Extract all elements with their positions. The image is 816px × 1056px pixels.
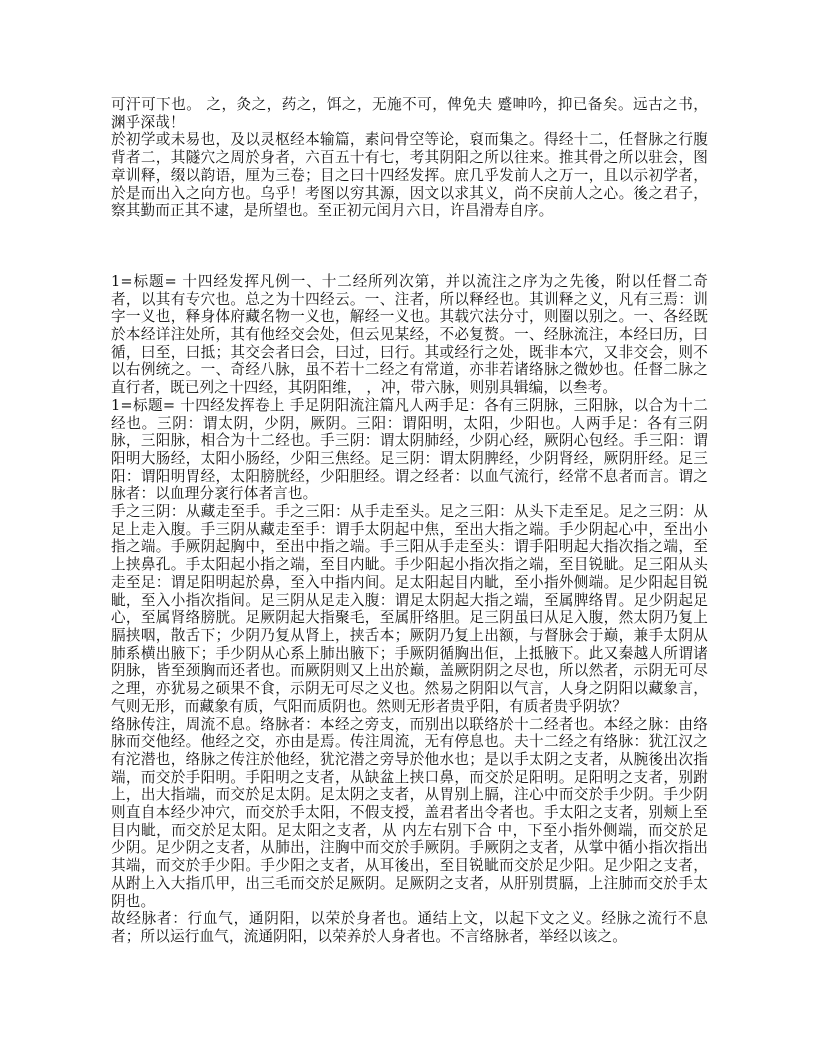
section-divider-space: [111, 220, 708, 273]
body-paragraph-luomai: 络脉传注，周流不息。络脉者：本经之旁支，而别出以联络於十二经者也。本经之脉：由络…: [111, 716, 708, 911]
document-page: 可汗可下也。 之，灸之，药之，饵之，无施不可，俾免夫 蹙呻吟，抑已备矣。远古之书…: [111, 96, 708, 946]
body-paragraph-jingmai: 故经脉者：行血气，通阴阳，以荣於身者也。通结上文，以起下文之义。经脉之流行不息者…: [111, 910, 708, 945]
preface-paragraph: 於初学或未易也，及以灵枢经本输篇，素问骨空等论，裒而集之。得经十二，任督脉之行腹…: [111, 131, 708, 220]
body-paragraph-juanshang: 1=标题= 十四经发挥卷上 手足阴阳流注篇凡人两手足：各有三阴脉，三阳脉，以合为…: [111, 397, 708, 503]
body-paragraph-fanli: 1=标题= 十四经发挥凡例一、十二经所列次第，并以流注之序为之先後，附以任督二奇…: [111, 273, 708, 397]
body-section: 1=标题= 十四经发挥凡例一、十二经所列次第，并以流注之序为之先後，附以任督二奇…: [111, 273, 708, 946]
preface-paragraph: 可汗可下也。 之，灸之，药之，饵之，无施不可，俾免夫 蹙呻吟，抑已备矣。远古之书…: [111, 96, 708, 131]
preface-section: 可汗可下也。 之，灸之，药之，饵之，无施不可，俾免夫 蹙呻吟，抑已备矣。远古之书…: [111, 96, 708, 220]
body-paragraph-shouzu: 手之三阴：从藏走至手。手之三阳：从手走至头。足之三阳：从头下走至足。足之三阴：从…: [111, 503, 708, 715]
